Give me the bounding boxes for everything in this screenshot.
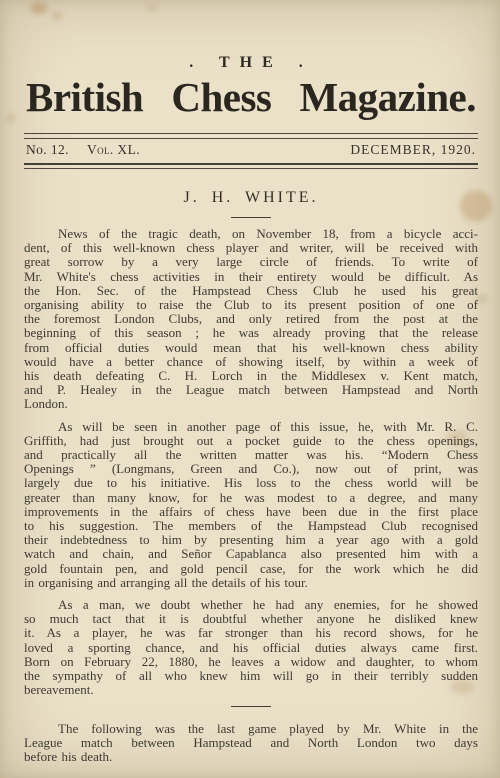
text-line: Born on February 22, 1880, he leaves a w… [24, 655, 478, 669]
title-rule [231, 217, 271, 218]
obituary-paragraph-2: As will be seen in another page of this … [24, 420, 478, 590]
article-title: J. H. WHITE. [24, 189, 478, 207]
text-line: As a man, we doubt whether he had any en… [24, 598, 478, 612]
magazine-page: . THE . British Chess Magazine. No. 12.V… [0, 0, 500, 778]
issue-row: No. 12.Vol. XL. DECEMBER, 1920. [24, 139, 478, 163]
text-line: organising ability to raise the Club to … [24, 298, 478, 312]
text-line: their indebtedness to him by presenting … [24, 533, 478, 547]
foxing-stain [146, 4, 158, 11]
foxing-stain [30, 2, 48, 14]
section-separator-rule [231, 706, 271, 707]
double-rule-bottom [24, 163, 478, 169]
text-line: great sorrow by a very large circle of f… [24, 255, 478, 269]
text-line: Mr. White's chess activities in their en… [24, 270, 478, 284]
issue-bar: No. 12.Vol. XL. DECEMBER, 1920. [24, 133, 478, 169]
masthead-overline: . THE . [24, 54, 478, 72]
text-line: the sympathy of all who knew him will go… [24, 669, 478, 683]
text-line: The following was the last game played b… [24, 722, 478, 736]
text-line: and P. Healey in the League match betwee… [24, 383, 478, 397]
issue-left: No. 12.Vol. XL. [26, 142, 158, 158]
text-line: it. As a player, he was far stronger tha… [24, 626, 478, 640]
text-line: As will be seen in another page of this … [24, 420, 478, 434]
text-line: the foremost London Clubs, and only reti… [24, 312, 478, 326]
text-line: in organising and arranging all the deta… [24, 576, 478, 590]
foxing-stain [52, 12, 62, 20]
text-line: improvements in the affairs of chess hav… [24, 505, 478, 519]
text-line: Openings ” (Longmans, Green and Co.), no… [24, 462, 478, 476]
text-line: greater than many know, for he was modes… [24, 491, 478, 505]
text-line: London. [24, 397, 478, 411]
text-line: gold fountain pen, and gold pencil case,… [24, 562, 478, 576]
text-line: would have a better chance of showing it… [24, 355, 478, 369]
text-line: beginning of this season ; he was alread… [24, 326, 478, 340]
text-line: News of the tragic death, on November 18… [24, 227, 478, 241]
page-content: . THE . British Chess Magazine. No. 12.V… [0, 54, 500, 764]
text-line: Griffith, had just brought out a pocket … [24, 434, 478, 448]
text-line: dent, of this well-known chess player an… [24, 241, 478, 255]
text-line: and practically all the written matter w… [24, 448, 478, 462]
issue-number: No. 12. [26, 142, 69, 157]
text-line: to his suggestion. The members of the Ha… [24, 519, 478, 533]
text-line: loved a sporting chance, and his officia… [24, 641, 478, 655]
text-line: watch and chain, and Señor Capablanca al… [24, 547, 478, 561]
text-line: from official duties would mean that his… [24, 341, 478, 355]
footer-note-paragraph: The following was the last game played b… [24, 722, 478, 765]
text-line: his death defeating C. H. Lorch in the M… [24, 369, 478, 383]
issue-volume: Vol. XL. [87, 142, 140, 157]
masthead-title: British Chess Magazine. [26, 76, 476, 118]
text-line: bereavement. [24, 683, 478, 697]
text-line: League match between Hampstead and North… [24, 736, 478, 750]
text-line: largely due to his initiative. His loss … [24, 476, 478, 490]
obituary-paragraph-3: As a man, we doubt whether he had any en… [24, 598, 478, 697]
text-line: before his death. [24, 750, 478, 764]
obituary-paragraph-1: News of the tragic death, on November 18… [24, 227, 478, 412]
text-line: the Hon. Sec. of the Hampstead Chess Clu… [24, 284, 478, 298]
obituary-article: J. H. WHITE. News of the tragic death, o… [24, 189, 478, 764]
masthead: . THE . British Chess Magazine. [24, 54, 478, 118]
issue-date: DECEMBER, 1920. [350, 142, 476, 158]
text-line: so much tact that it is doubtful whether… [24, 612, 478, 626]
